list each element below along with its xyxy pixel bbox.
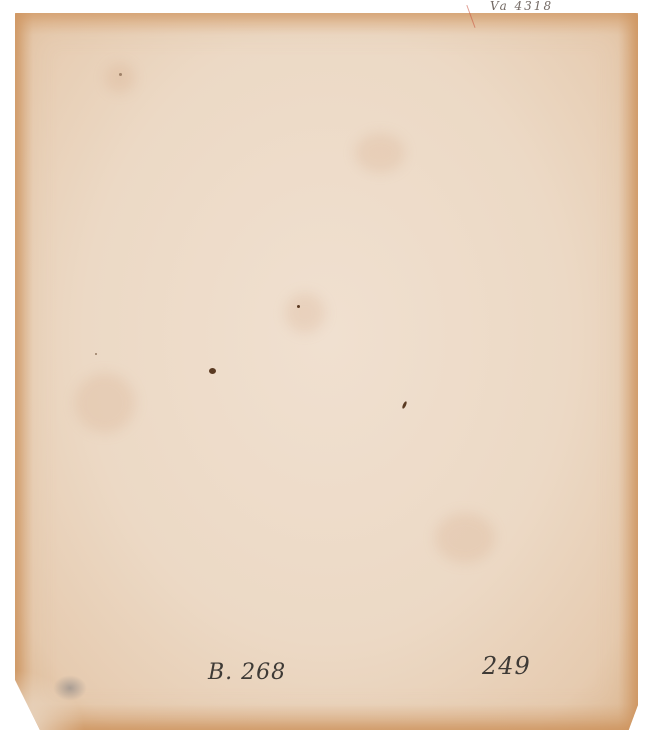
paper-sheet <box>15 13 638 730</box>
foxing-stain <box>435 513 495 563</box>
inscription-catalog-number: B. 268 <box>208 660 286 685</box>
inscription-inventory-number: 249 <box>482 652 531 680</box>
toned-edge-right <box>618 13 638 730</box>
dark-speck <box>209 368 216 374</box>
dark-speck <box>401 401 407 410</box>
dark-speck <box>95 353 97 355</box>
foxing-stain <box>355 133 405 173</box>
foxing-stain <box>105 63 135 93</box>
grey-smudge <box>53 675 87 701</box>
foxing-stain <box>75 373 135 433</box>
inscription-top-right: Va 4318 <box>490 0 553 13</box>
toned-edge-top <box>15 13 638 35</box>
toned-edge-left <box>15 13 33 730</box>
toned-edge-bottom <box>15 704 638 730</box>
dark-speck <box>297 305 300 308</box>
foxing-stain <box>285 293 325 333</box>
dark-speck <box>119 73 122 76</box>
